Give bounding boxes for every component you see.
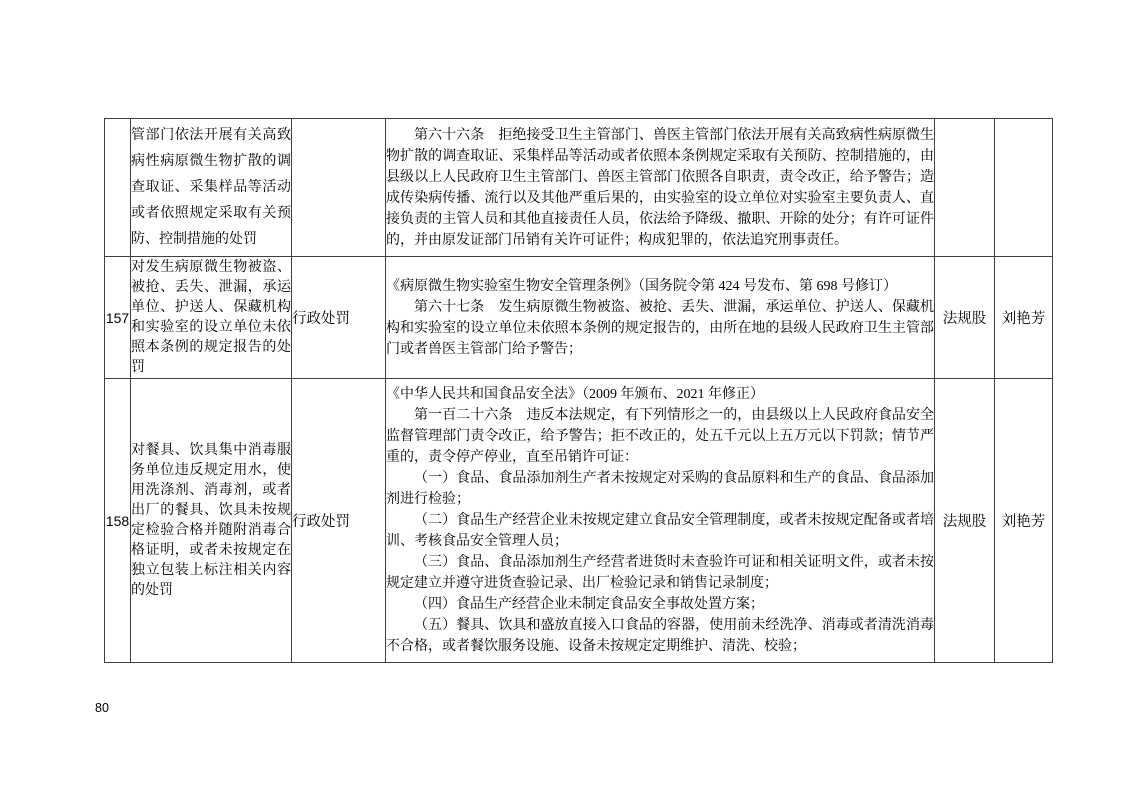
person-cell [995,119,1053,257]
department-cell: 法规股 [935,379,995,663]
seq-cell [105,119,131,257]
department-cell [935,119,995,257]
matter-cell: 对发生病原微生物被盗、被抢、丢失、泄漏，承运单位、护送人、保藏机构和实验室的设立… [131,257,292,379]
legal-basis-cell: 《中华人民共和国食品安全法》（2009 年颁布、2021 年修正） 第一百二十六… [386,379,935,663]
legal-paragraph: （四）食品生产经营企业未制定食品安全事故处置方案； [386,594,934,615]
legal-title-paragraph: 《病原微生物实验室生物安全管理条例》（国务院令第 424 号发布、第 698 号… [386,276,934,297]
penalty-items-table: 管部门依法开展有关高致病性病原微生物扩散的调查取证、采集样品等活动或者依照规定采… [104,118,1053,663]
table-row: 管部门依法开展有关高致病性病原微生物扩散的调查取证、采集样品等活动或者依照规定采… [105,119,1053,257]
legal-basis-cell: 第六十六条 拒绝接受卫生主管部门、兽医主管部门依法开展有关高致病性病原微生物扩散… [386,119,935,257]
table-row: 157 对发生病原微生物被盗、被抢、丢失、泄漏，承运单位、护送人、保藏机构和实验… [105,257,1053,379]
matter-cell: 管部门依法开展有关高致病性病原微生物扩散的调查取证、采集样品等活动或者依照规定采… [131,119,292,257]
penalty-type-cell [292,119,386,257]
legal-paragraph: 第六十七条 发生病原微生物被盗、被抢、丢失、泄漏，承运单位、护送人、保藏机构和实… [386,297,934,360]
person-cell: 刘艳芳 [995,379,1053,663]
page-number: 80 [95,701,109,715]
seq-cell: 157 [105,257,131,379]
legal-title-paragraph: 《中华人民共和国食品安全法》（2009 年颁布、2021 年修正） [386,384,934,405]
legal-paragraph: 第六十六条 拒绝接受卫生主管部门、兽医主管部门依法开展有关高致病性病原微生物扩散… [386,125,934,251]
legal-paragraph: （五）餐具、饮具和盛放直接入口食品的容器，使用前未经洗净、消毒或者清洗消毒不合格… [386,615,934,657]
legal-paragraph: （二）食品生产经营企业未按规定建立食品安全管理制度，或者未按规定配备或者培训、考… [386,510,934,552]
legal-paragraph: （一）食品、食品添加剂生产者未按规定对采购的食品原料和生产的食品、食品添加剂进行… [386,468,934,510]
legal-paragraph: （三）食品、食品添加剂生产经营者进货时未查验许可证和相关证明文件，或者未按规定建… [386,552,934,594]
person-cell: 刘艳芳 [995,257,1053,379]
penalty-type-cell: 行政处罚 [292,379,386,663]
penalty-type-cell: 行政处罚 [292,257,386,379]
legal-basis-cell: 《病原微生物实验室生物安全管理条例》（国务院令第 424 号发布、第 698 号… [386,257,935,379]
table-row: 158 对餐具、饮具集中消毒服务单位违反规定用水，使用洗涤剂、消毒剂，或者出厂的… [105,379,1053,663]
department-cell: 法规股 [935,257,995,379]
seq-cell: 158 [105,379,131,663]
matter-cell: 对餐具、饮具集中消毒服务单位违反规定用水，使用洗涤剂、消毒剂，或者出厂的餐具、饮… [131,379,292,663]
legal-paragraph: 第一百二十六条 违反本法规定，有下列情形之一的，由县级以上人民政府食品安全监督管… [386,405,934,468]
